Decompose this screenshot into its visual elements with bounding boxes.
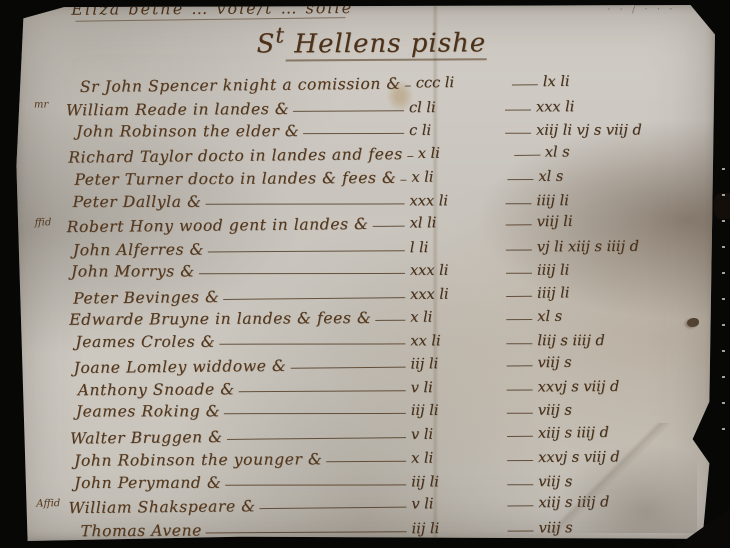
taxpayer-name: William Reade in landes & (66, 99, 289, 120)
taxpayer-row: Jeames Roking & iij li viij s (46, 398, 690, 423)
assessment-amount: iij li (411, 402, 503, 422)
ruled-line (514, 155, 540, 156)
ruled-line (293, 110, 404, 112)
title-prefix: S (257, 29, 276, 59)
assessment-amount: x li (411, 448, 503, 469)
taxpayer-name: John Perymand & (74, 473, 221, 493)
assessment-amount: xxx li (410, 261, 502, 281)
ruled-line (223, 297, 405, 300)
ruled-line (224, 414, 406, 415)
taxpayer-name: Jeames Roking & (76, 402, 220, 422)
ruled-line (227, 437, 406, 440)
taxpayer-row: John Morrys & xxx li iiij li (45, 258, 689, 283)
assessment-amount: ccc li (416, 73, 508, 94)
ruled-line (219, 344, 405, 345)
stitch-dots (722, 168, 725, 432)
title-parish: Hellens pishe (285, 28, 486, 61)
margin-note: mr (34, 100, 48, 111)
taxpayer-name: Peter Turner docto in landes & fees & (74, 168, 396, 190)
ruled-line (205, 204, 404, 205)
assessment-amount: xl li (410, 213, 502, 234)
ruled-line (507, 390, 533, 391)
assessment-amount: xxx li (410, 284, 502, 305)
ruled-line (506, 250, 532, 251)
taxpayer-name: John Robinson the younger & (74, 449, 322, 471)
taxpayer-row: John Robinson the elder & c li xiij li v… (44, 117, 688, 142)
margin-note: Affid (36, 498, 60, 509)
ruled-line (505, 109, 531, 110)
tax-amount: vj li xiij s iiij d (537, 237, 689, 258)
taxpayer-name: Jeames Croles & (75, 332, 215, 352)
parchment-sheet: Eliza bethe … voie/t … solle · · / · · ·… (15, 5, 715, 541)
assessment-amount: x li (418, 144, 510, 165)
assessment-amount: x li (411, 167, 503, 188)
ruled-line (260, 507, 407, 510)
assessment-amount: iij li (411, 472, 503, 492)
margin-note: ffid (35, 218, 52, 229)
document-title: St Hellens pishe (256, 22, 486, 59)
ruled-line (507, 365, 533, 366)
taxpayer-name: John Alferres & (73, 240, 204, 261)
assessment-amount: iij li (412, 518, 504, 539)
taxpayer-name: Joane Lomley widdowe & (73, 356, 286, 378)
assessment-amount: iij li (410, 354, 502, 375)
taxpayer-name: John Robinson the elder & (76, 121, 299, 141)
ruled-line (512, 85, 538, 86)
tax-amount: iiij li (537, 282, 689, 304)
folio-marks: · · / · · · (607, 4, 675, 15)
ruled-line (400, 180, 406, 181)
ruled-line (506, 273, 532, 274)
ruled-line (225, 484, 406, 485)
ruled-line (206, 531, 407, 533)
ruled-line (405, 86, 411, 87)
tax-amount: viij li (537, 211, 689, 233)
ruled-line (506, 204, 532, 205)
tax-amount: xl s (545, 142, 697, 164)
ruled-line (290, 367, 405, 369)
header-line: Eliza bethe … voie/t … solle (71, 0, 353, 19)
fold-shadow (527, 423, 697, 533)
ruled-line (506, 296, 532, 297)
taxpayer-row: Edwarde Bruyne in landes & fees & x li x… (45, 303, 689, 330)
taxpayer-name: Peter Dallyla & (73, 192, 202, 212)
tax-amount: xl s (537, 306, 689, 327)
taxpayer-row: John Alferres & l li vj li xiij s iiij d (45, 233, 689, 260)
manuscript-photo: Eliza bethe … voie/t … solle · · / · · ·… (0, 0, 730, 548)
taxpayer-name: Thomas Avene (81, 520, 202, 541)
ruled-line (373, 226, 405, 227)
ruled-line (506, 344, 532, 345)
assessment-amount: v li (411, 378, 503, 399)
ruled-line (375, 320, 405, 321)
taxpayer-name: William Shakspeare & (68, 497, 255, 519)
tax-amount: xxx li (536, 96, 688, 117)
tax-amount: viij s (537, 352, 689, 374)
ruled-line (506, 225, 532, 226)
ruled-line (505, 133, 531, 134)
assessment-amount: cl li (409, 97, 501, 118)
tax-amount: lx li (543, 71, 695, 93)
taxpayer-name: Robert Hony wood gent in landes & (67, 215, 369, 238)
assessment-amount: v li (411, 424, 503, 445)
title-superscript: t (275, 23, 285, 48)
taxpayer-name: Sr John Spencer knight a comission & (80, 74, 401, 97)
ruled-line (239, 391, 406, 393)
assessment-amount: c li (409, 121, 501, 141)
tax-amount: xxvj s viij d (538, 377, 690, 398)
ruled-line (199, 273, 405, 274)
assessment-amount: x li (410, 307, 502, 328)
taxpayer-row: mr William Reade in landes & cl li xxx l… (44, 93, 688, 120)
assessment-amount: l li (410, 238, 502, 259)
taxpayer-row: Peter Turner docto in landes & fees & x … (44, 163, 688, 190)
ruled-line (506, 319, 532, 320)
ruled-line (326, 460, 406, 461)
tax-amount: xl s (538, 166, 690, 187)
ruled-line (208, 250, 405, 252)
ruled-line (507, 414, 533, 415)
taxpayer-name: Edwarde Bruyne in landes & fees & (69, 308, 371, 330)
assessment-amount: xx li (410, 332, 502, 352)
assessment-amount: v li (411, 494, 503, 515)
taxpayer-name: John Morrys & (71, 262, 195, 282)
ruled-line (303, 133, 404, 134)
ruled-line (407, 157, 413, 158)
tax-amount: iiij li (537, 261, 689, 281)
ruled-line (507, 179, 533, 180)
